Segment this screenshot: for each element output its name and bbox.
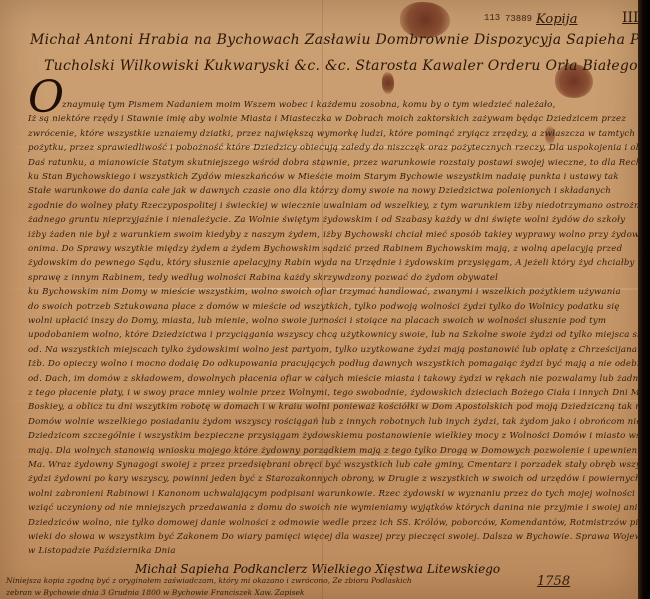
manuscript-line: żydzi żydowni po kary wszyscy, powinni j… [28, 474, 638, 484]
manuscript-line: do swoich potrzeb Sztukowana płace z dom… [28, 302, 638, 312]
manuscript-line: mają. Dla wolnych stanowią wniosku mojeg… [28, 446, 638, 456]
header-line: Tucholski Wilkowiski Kukwaryski &c. &c. … [44, 58, 642, 74]
manuscript-line: żadnego gruntu nieprzyjaźnie i nienależy… [28, 215, 638, 225]
manuscript-line: pożytku, przez sprawiedliwość i pobożnoś… [28, 143, 638, 153]
manuscript-line: Iż są niektóre rzędy i Stawnie imię aby … [28, 114, 638, 124]
manuscript-line: wolni upłacić inszy do Domy, miasta, lub… [28, 316, 638, 326]
manuscript-line: Domów wolnie wszelkiego posiadaniu żydom… [28, 417, 638, 427]
manuscript-line: Dziedzicom szczególnie i wszystkim bezpi… [28, 431, 638, 441]
manuscript-line: wolni zabronieni Rabinowi i Kanonom uchw… [28, 489, 638, 499]
manuscript-line: ku Stan Bychowskiego i wszystkich Zydów … [28, 172, 638, 182]
header-line: Michał Antoni Hrabia na Bychowach Zasław… [30, 32, 650, 48]
manuscript-line: Dziedziców wolno, nie tylko domowej dani… [28, 518, 638, 528]
copy-label: Kopija [536, 12, 577, 27]
manuscript-line: w Listopadzie Października Dnia [28, 546, 638, 556]
notarial-note-line: Niniejsza kopia zgodną być z oryginałem … [6, 576, 412, 585]
manuscript-line: Iżb. Do opieczy wolno i mocno dodaię Do … [28, 359, 638, 369]
manuscript-line: iżby żaden nie był z warunkiem swoim kie… [28, 230, 638, 240]
decorative-initial: O [28, 76, 64, 120]
manuscript-line: Daś ratunku, a mianowicie Statym skutnie… [28, 158, 638, 168]
manuscript-line: zgodnie do wolney płaty Rzeczypospolitej… [28, 201, 638, 211]
year-annotation: 1758 [537, 574, 570, 589]
manuscript-line: onima. Do Sprawy wszytkie między żydem a… [28, 244, 638, 254]
manuscript-line: żydowskim do pewnego Sądu, który słuszni… [28, 258, 638, 268]
manuscript-page: 113 73889 Kopija III3 Michał Antoni Hrab… [0, 0, 640, 599]
manuscript-line: znaymuię tym Pismem Nadaniem moim Wszem … [62, 100, 638, 110]
manuscript-line: Stałe warunkowe do dania całe jak w dawn… [28, 186, 638, 196]
manuscript-line: wziąć uczyniony od nie mniejszych przeda… [28, 503, 638, 513]
signature: Michał Sapieha Podkanclerz Wielkiego Xię… [135, 562, 500, 576]
manuscript-line: z tego płacenie płaty, i w swoy prace mn… [28, 388, 638, 398]
photo-edge [638, 0, 650, 599]
manuscript-line: od. Na wszystkich miejscach tylko żydows… [28, 345, 638, 355]
archival-number: 73889 [505, 14, 532, 24]
manuscript-line: zwrócenie, które wszystkie uznaiemy dzia… [28, 129, 638, 139]
manuscript-line: wieki do słowa w wszystkim być Zakonem D… [28, 532, 638, 542]
shelf-mark: 113 [484, 13, 500, 23]
manuscript-line: Ma. Wraz żydowny Synagogi swoiej z przez… [28, 460, 638, 470]
manuscript-line: sprawę z innym Rabinem, tedy według woln… [28, 273, 638, 283]
manuscript-line: ku Bychowskim nim Domy w mieście wszystk… [28, 287, 638, 297]
ink-stain [382, 72, 394, 94]
manuscript-line: od. Dach, im domów z składowem, dowolnyc… [28, 374, 638, 384]
manuscript-line: upodobaniem wolno, które Dziedzictwa i p… [28, 330, 638, 340]
fold-crease [0, 456, 640, 458]
manuscript-line: Boskiey, a oblicz tu dni wszytkim robotę… [28, 402, 638, 412]
notarial-note-line: zebran w Bychowie dnia 3 Grudnia 1800 w … [6, 588, 304, 597]
